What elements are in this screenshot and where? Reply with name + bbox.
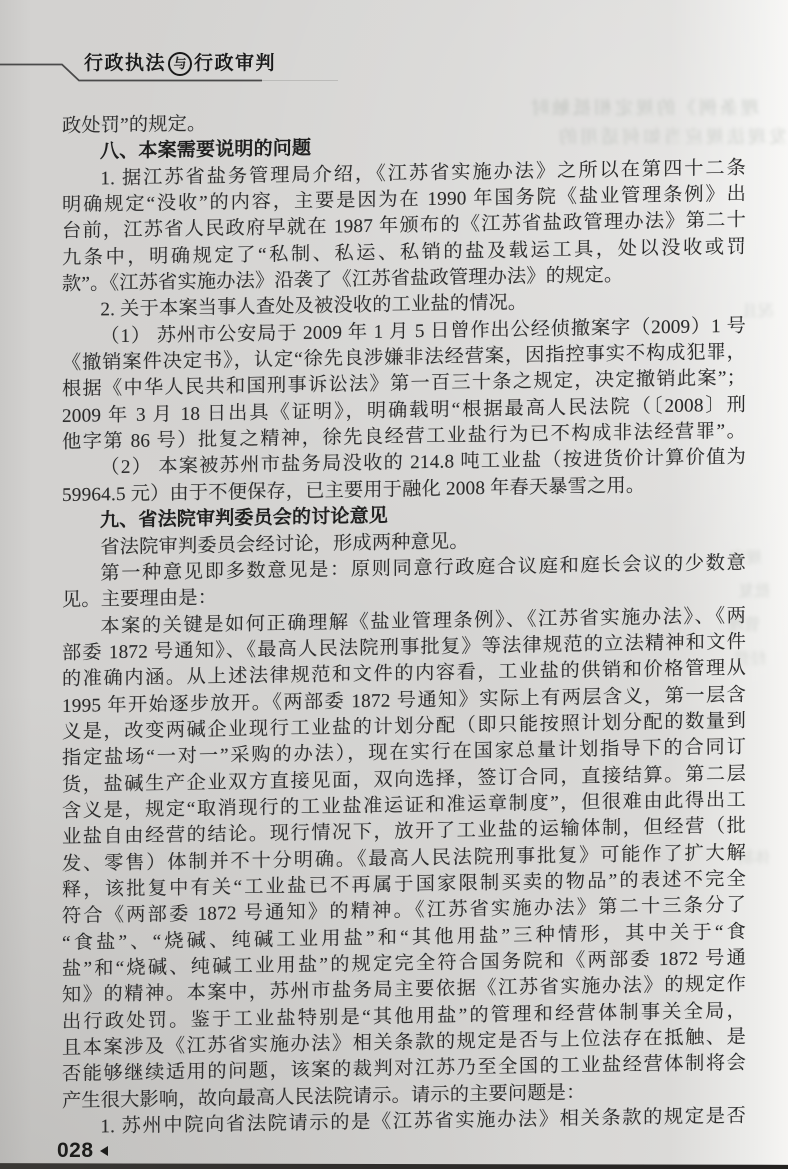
body-text: 政处罚”的规定。八、本案需要说明的问题1. 据江苏省盐务管理局介绍，《江苏省实施… [62,103,746,1142]
scanned-book-page: 行政执法与行政审判 政处罚”的规定。八、本案需要说明的问题1. 据江苏省盐务管理… [0,0,788,1169]
running-header-title: 行政执法与行政审判 [84,51,276,77]
bleed-through-text: 况且 [742,298,774,321]
page-footer: 028 [57,1138,108,1164]
left-triangle-icon [100,1146,108,1156]
header-rule [0,0,788,100]
running-title-suffix: 行政审判 [194,53,276,74]
page-number: 028 [57,1139,94,1163]
running-title-prefix: 行政执法 [84,53,166,74]
circled-conjunction: 与 [168,52,192,76]
scan-edge-shadow [0,1163,788,1169]
